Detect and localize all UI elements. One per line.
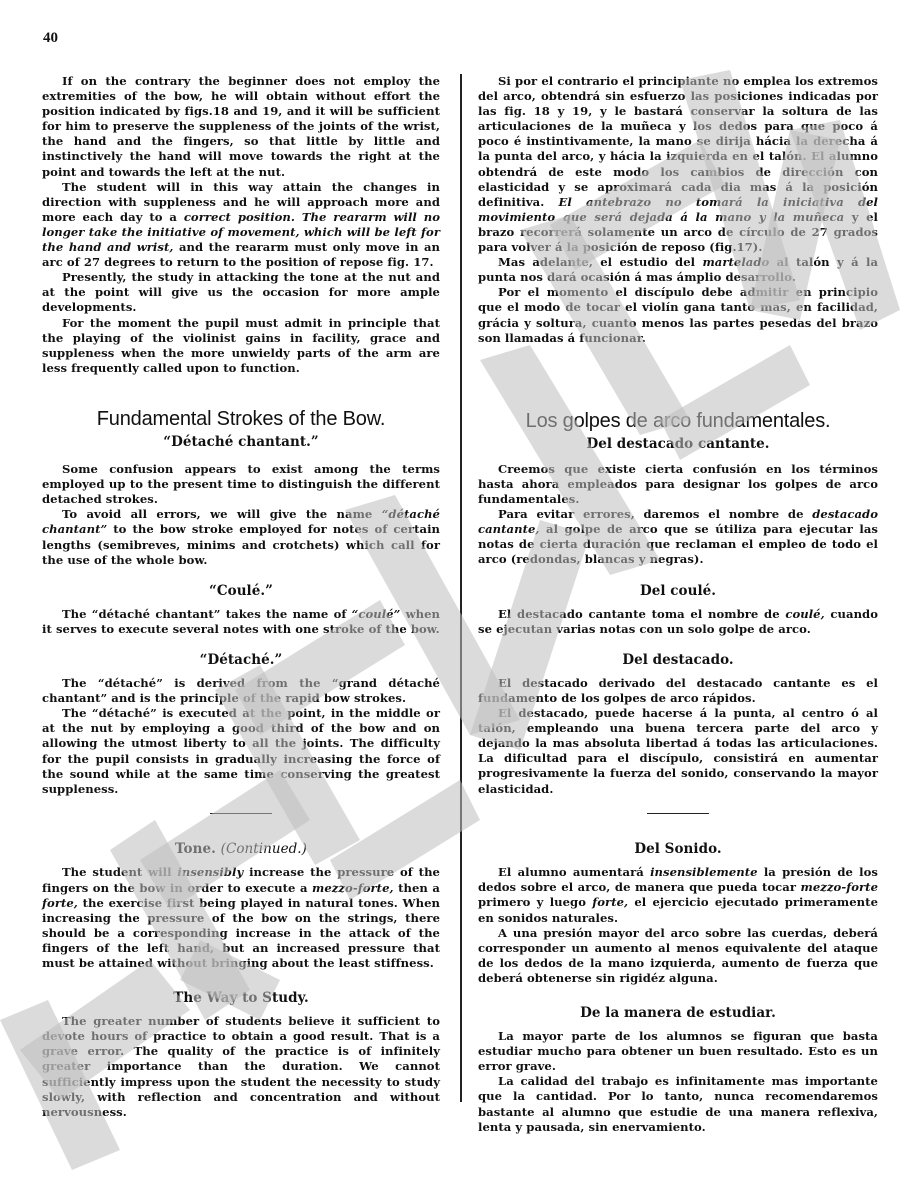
subsection-heading: Del destacado cantante. xyxy=(478,437,878,452)
subsection-heading: “Coulé.” xyxy=(42,584,440,599)
subsection-heading: Del coulé. xyxy=(478,584,878,599)
english-column: If on the contrary the beginner does not… xyxy=(42,74,440,1120)
paragraph: The “détaché” is executed at the point, … xyxy=(42,706,440,797)
paragraph: La mayor parte de los alumnos se figuran… xyxy=(478,1029,878,1074)
spanish-column: Si por el contrario el principiante no e… xyxy=(478,74,878,1135)
paragraph: The student will insensibly increase the… xyxy=(42,865,440,971)
paragraph: The greater number of students believe i… xyxy=(42,1014,440,1120)
subsection-heading: The Way to Study. xyxy=(42,991,440,1006)
paragraph: To avoid all errors, we will give the na… xyxy=(42,507,440,567)
paragraph: El destacado, puede hacerse á la punta, … xyxy=(478,706,878,797)
paragraph: A una presión mayor del arco sobre las c… xyxy=(478,926,878,986)
paragraph: Some confusion appears to exist among th… xyxy=(42,462,440,507)
paragraph: Creemos que existe cierta confusión en l… xyxy=(478,462,878,507)
paragraph: Si por el contrario el principiante no e… xyxy=(478,74,878,255)
subsection-heading: “Détaché.” xyxy=(42,653,440,668)
paragraph: The “détaché chantant” takes the name of… xyxy=(42,607,440,637)
section-heading: Fundamental Strokes of the Bow. xyxy=(42,412,440,427)
subsection-heading: Del destacado. xyxy=(478,653,878,668)
subsection-heading: De la manera de estudiar. xyxy=(478,1006,878,1021)
paragraph: If on the contrary the beginner does not… xyxy=(42,74,440,180)
subsection-heading: Del Sonido. xyxy=(478,842,878,857)
subsection-heading: “Détaché chantant.” xyxy=(42,435,440,450)
paragraph: La calidad del trabajo es infinitamente … xyxy=(478,1074,878,1134)
paragraph: El destacado derivado del destacado cant… xyxy=(478,676,878,706)
paragraph: For the moment the pupil must admit in p… xyxy=(42,316,440,376)
paragraph: Presently, the study in attacking the to… xyxy=(42,270,440,315)
paragraph: The student will in this way attain the … xyxy=(42,180,440,271)
paragraph: Por el momento el discípulo debe admitir… xyxy=(478,285,878,345)
paragraph: Mas adelante, el estudio del martelado a… xyxy=(478,255,878,285)
paragraph: El destacado cantante toma el nombre de … xyxy=(478,607,878,637)
page-number: 40 xyxy=(43,30,58,47)
paragraph: The “détaché” is derived from the “grand… xyxy=(42,676,440,706)
paragraph: Para evitar errores, daremos el nombre d… xyxy=(478,507,878,567)
column-divider xyxy=(460,74,462,1102)
section-heading: Los golpes de arco fundamentales. xyxy=(478,414,878,429)
paragraph: El alumno aumentará insensiblemente la p… xyxy=(478,865,878,925)
subsection-heading: Tone. (Continued.) xyxy=(42,842,440,857)
